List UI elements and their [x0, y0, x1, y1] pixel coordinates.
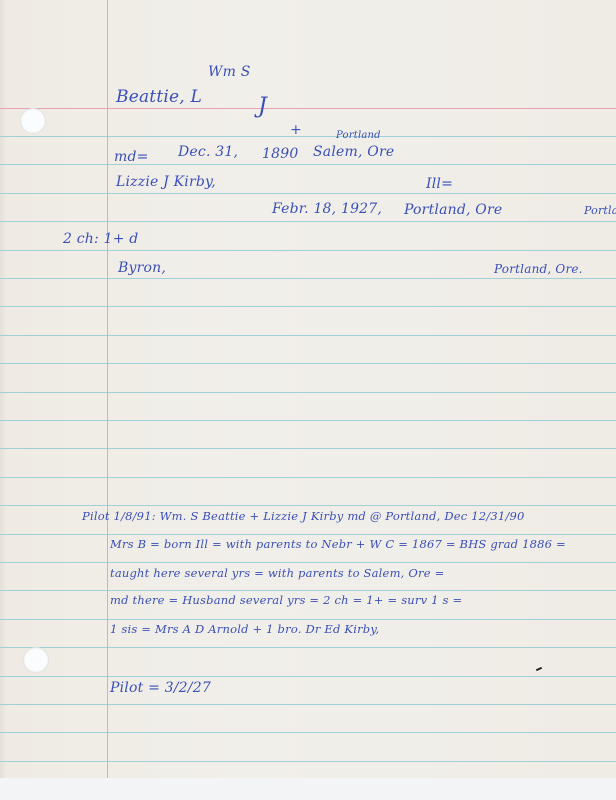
marriage-place: Salem, Ore: [313, 144, 394, 160]
note-line-5: 1 sis = Mrs A D Arnold + 1 bro. Dr Ed Ki…: [110, 622, 379, 636]
spouse-margin-note: Portlan: [584, 204, 616, 217]
margin-line: [107, 0, 108, 778]
header-rule: [0, 108, 616, 109]
ruled-line: [0, 136, 616, 137]
ruled-line: [0, 647, 616, 648]
note-line-2: Mrs B = born Ill = with parents to Nebr …: [110, 537, 566, 551]
marriage-year: 1890: [262, 146, 298, 162]
note-line-1: Pilot 1/8/91: Wm. S Beattie + Lizzie J K…: [82, 509, 525, 523]
ruled-line: [0, 477, 616, 478]
ruled-line: [0, 363, 616, 364]
ruled-line: [0, 761, 616, 762]
surname-line: Beattie, L: [116, 87, 202, 107]
note-line-3: taught here several yrs = with parents t…: [110, 566, 444, 580]
child-name: Byron,: [118, 260, 166, 276]
ruled-line: [0, 335, 616, 336]
middle-initial: J: [258, 94, 267, 119]
spouse-name: Lizzie J Kirby,: [116, 174, 216, 190]
footer-citation: Pilot = 3/2/27: [110, 680, 211, 696]
ruled-line: [0, 392, 616, 393]
notebook-page: Beattie, L Wm S J + md= Dec. 31, 1890 Sa…: [0, 0, 616, 778]
ruled-line: [0, 732, 616, 733]
ruled-line: [0, 562, 616, 563]
spouse-death-place: Portland, Ore: [404, 202, 502, 218]
binder-hole-bottom: [23, 647, 49, 673]
given-name-superscript: Wm S: [208, 64, 251, 80]
ruled-line: [0, 619, 616, 620]
ruled-line: [0, 534, 616, 535]
marriage-place-correction: Portland: [336, 130, 381, 141]
child-place: Portland, Ore.: [494, 262, 583, 276]
ruled-line: [0, 448, 616, 449]
binder-hole-top: [20, 108, 46, 134]
note-line-4: md there = Husband several yrs = 2 ch = …: [110, 593, 462, 607]
ruled-line: [0, 505, 616, 506]
ruled-line: [0, 250, 616, 251]
ruled-line: [0, 278, 616, 279]
ruled-line: [0, 306, 616, 307]
ruled-line: [0, 590, 616, 591]
ruled-line: [0, 704, 616, 705]
ruled-line: [0, 221, 616, 222]
ruled-line: [0, 420, 616, 421]
ruled-line: [0, 676, 616, 677]
spouse-death-date: Febr. 18, 1927,: [272, 201, 382, 217]
death-mark: +: [290, 122, 302, 138]
stray-ink-mark: [536, 667, 542, 671]
spouse-birth-label: Ill=: [426, 176, 453, 192]
ruled-line: [0, 164, 616, 165]
marriage-label: md=: [114, 149, 149, 165]
ruled-line: [0, 193, 616, 194]
children-summary: 2 ch: 1+ d: [63, 231, 138, 247]
marriage-date: Dec. 31,: [178, 144, 238, 160]
